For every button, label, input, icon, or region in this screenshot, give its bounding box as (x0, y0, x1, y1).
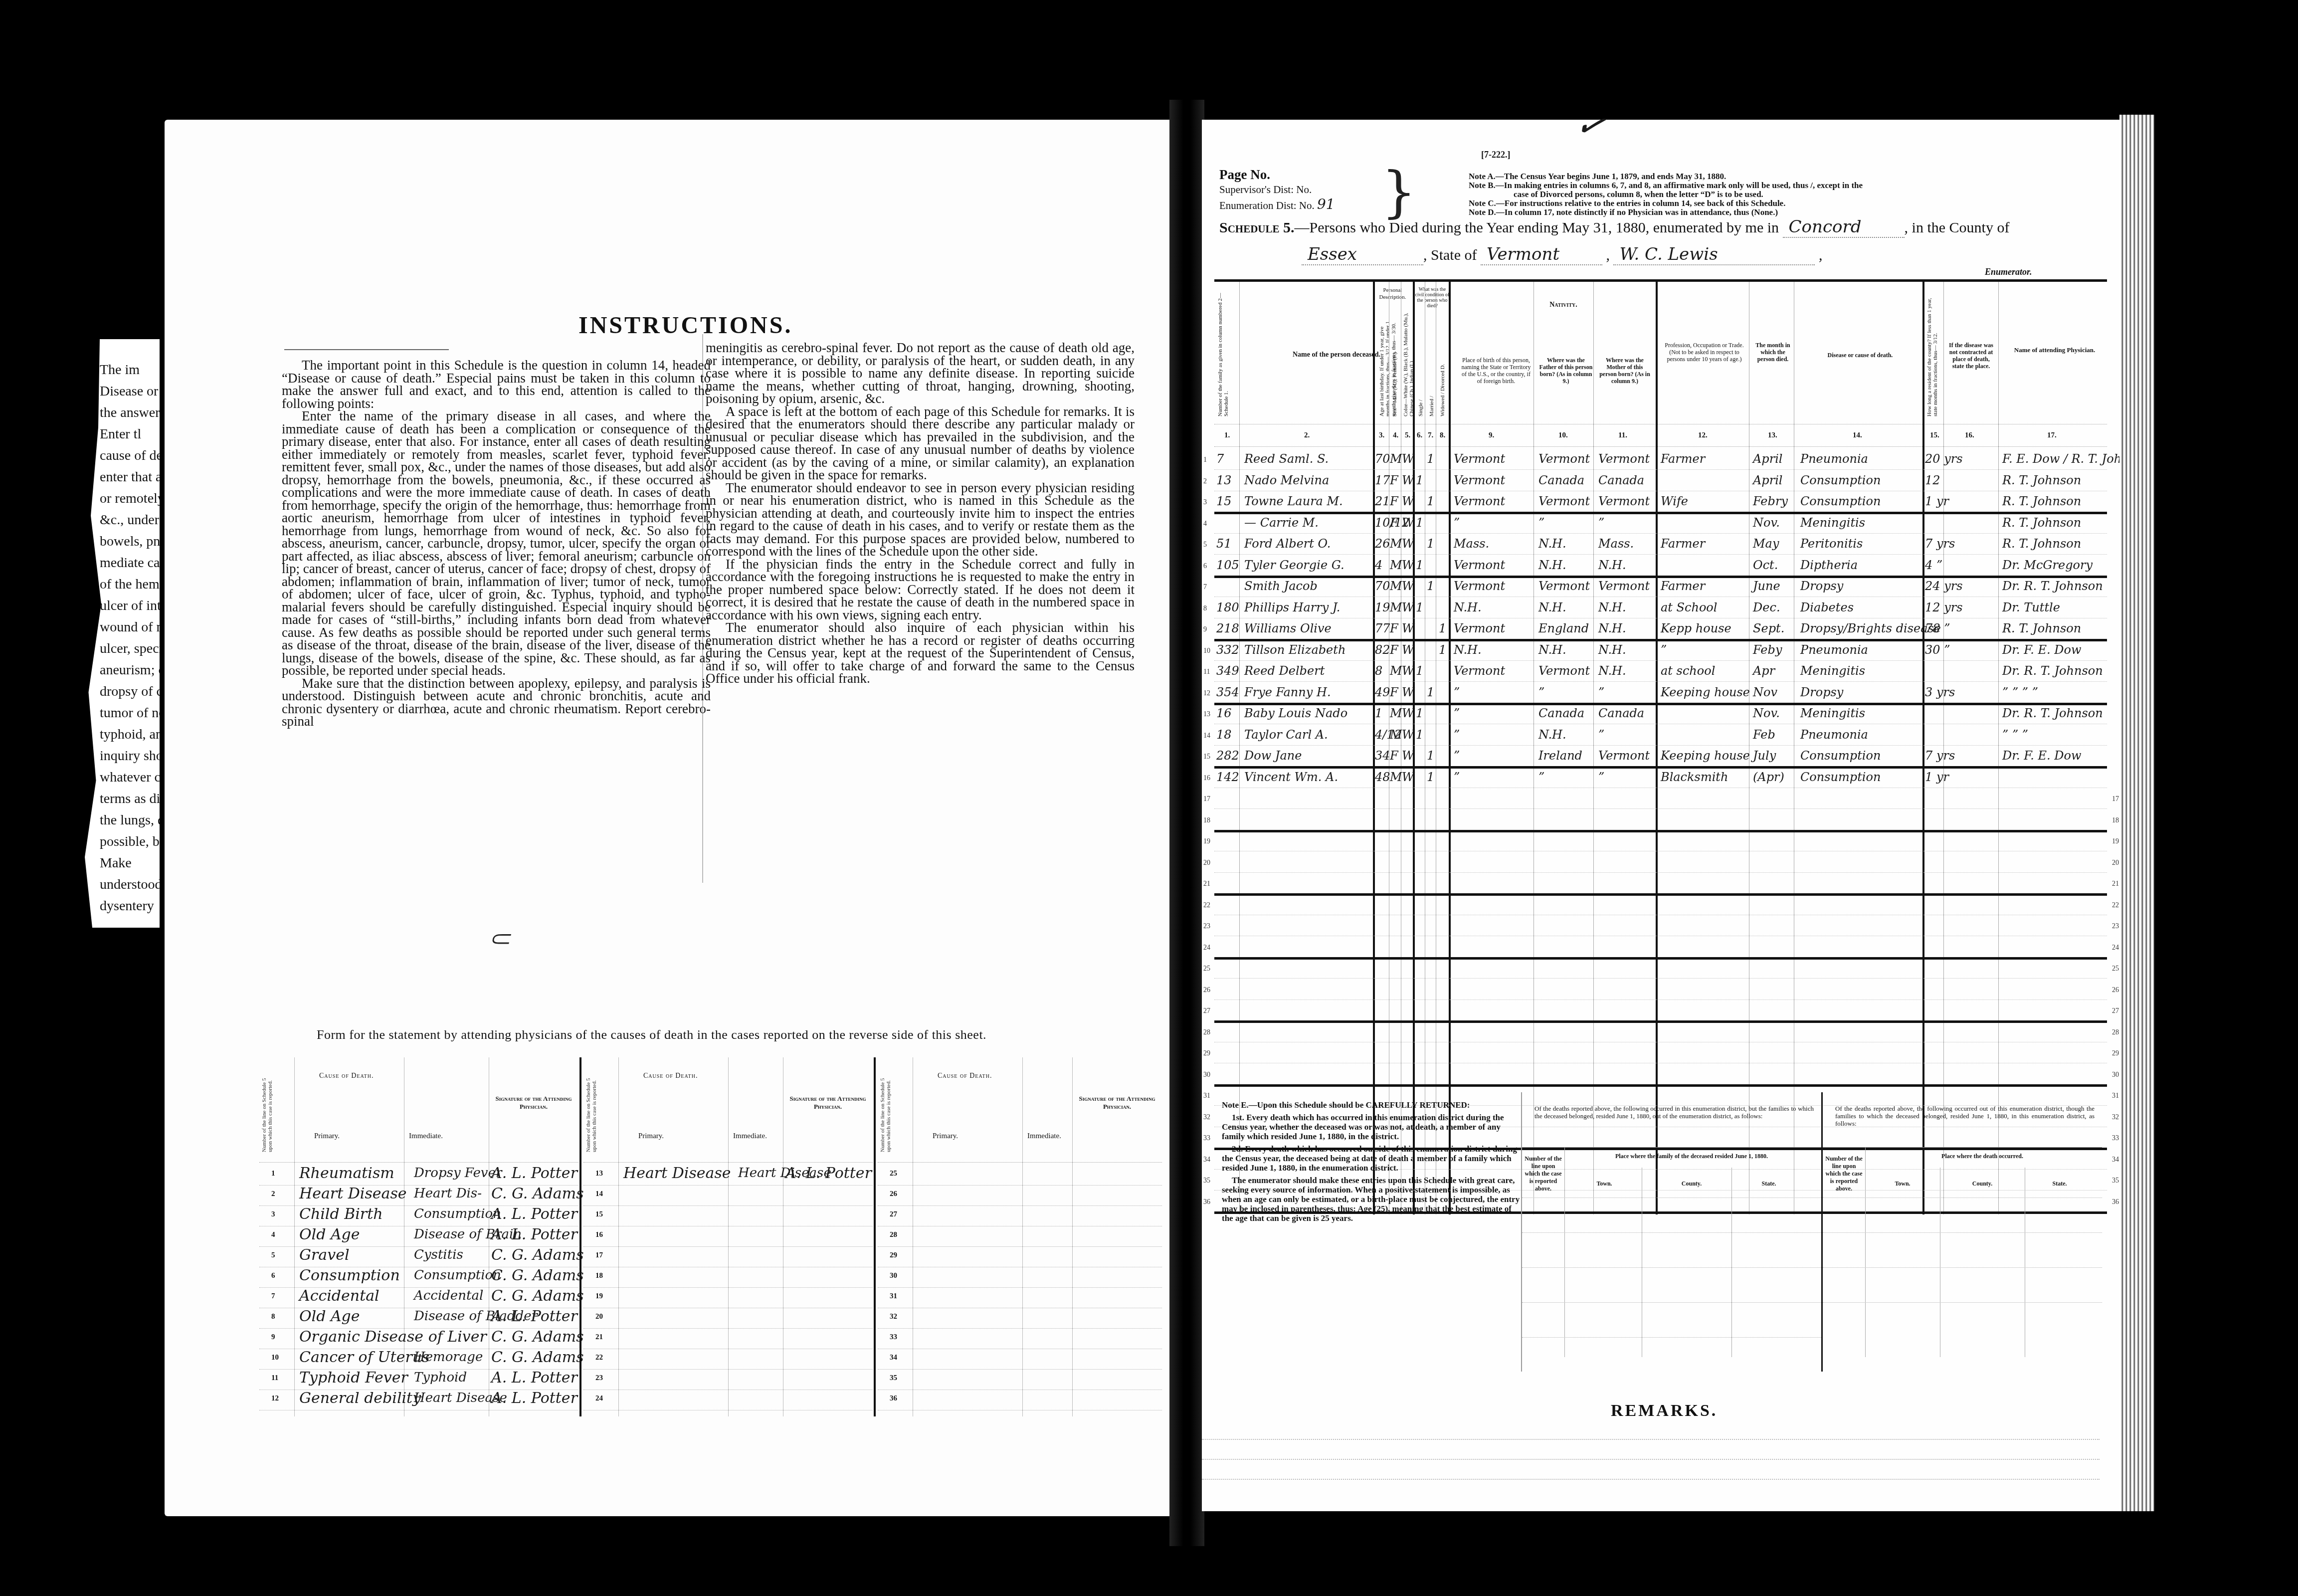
header-rule (1214, 424, 2107, 424)
residence-duration: 4 ” (1925, 558, 1942, 572)
father-birthplace: N.H. (1538, 728, 1566, 742)
married-mark: 1 (1427, 685, 1434, 699)
line-number-right: 17 (2112, 796, 2119, 803)
line-number: 33 (890, 1333, 897, 1342)
sex: F (1390, 749, 1398, 763)
line-number: 31 (1203, 1092, 1210, 1100)
primary-cause: Accidental (299, 1287, 380, 1305)
line-number: 34 (890, 1354, 897, 1362)
fragment-line: wound of ne (100, 616, 160, 638)
instruction-paragraph: Make sure that the distinction between a… (282, 677, 711, 728)
father-birthplace: N.H. (1538, 643, 1566, 657)
signature-header: Signature of the Attending Physician. (494, 1095, 574, 1111)
age: 34 (1375, 749, 1390, 763)
line-number: 34 (1203, 1156, 1210, 1164)
family-number: 7 (1216, 452, 1224, 466)
physician-form-row: 4Old AgeDisease of BrainA. L. Potter (259, 1226, 578, 1247)
immediate-header: Immediate. (733, 1132, 767, 1141)
attending-physician: Dr. R. T. Johnson (2002, 579, 2103, 593)
fragment-line: ulcer of int (100, 595, 160, 616)
physician-form-row: 15 (583, 1205, 873, 1226)
line-number: 19 (595, 1292, 603, 1301)
column-number: 16. (1965, 431, 1974, 440)
father-birthplace: England (1538, 621, 1589, 635)
immediate-header: Immediate. (409, 1132, 443, 1141)
empty-record-row: 1818 (1214, 814, 2107, 832)
birthplace: ” (1454, 706, 1460, 720)
fragment-line: Enter tl (100, 423, 160, 445)
line-number: 27 (1203, 1007, 1210, 1015)
line-number: 35 (890, 1374, 897, 1383)
instruction-paragraph: The important point in this Schedule is … (282, 359, 711, 410)
immediate-cause: Consumption (414, 1206, 501, 1221)
death-record-row: 11349Reed Delbert8MW1VermontVermontN.H.a… (1214, 666, 2107, 682)
fragment-line: Disease or (100, 381, 160, 402)
family-number: 180 (1216, 600, 1239, 614)
note-e-guidance: The enumerator should make these entries… (1222, 1176, 1521, 1223)
sex: M (1390, 600, 1402, 614)
line-number: 13 (595, 1170, 603, 1178)
header-contracted-place: If the disease was not contracted at pla… (1947, 342, 1995, 370)
sex: F (1390, 494, 1398, 508)
header-color: Color—White (W.), Black (B.), Mulatto (M… (1403, 312, 1411, 416)
birthplace: ” (1454, 770, 1460, 784)
physician-form-row: 9Organic Disease of LiverC. G. Adams (259, 1328, 578, 1349)
color: W (1402, 621, 1414, 635)
deceased-name: Tillson Elizabeth (1244, 643, 1345, 657)
death-record-row: 7Smith Jacob70MW1VermontVermontVermontFa… (1214, 581, 2107, 597)
line-number-right: 29 (2112, 1050, 2119, 1058)
empty-record-row: 2121 (1214, 878, 2107, 896)
cause-of-death: Pneumonia (1800, 643, 1868, 657)
state-header: State. (2032, 1180, 2087, 1188)
line-number: 10 (271, 1354, 279, 1362)
occupation: Kepp house (1661, 621, 1731, 635)
primary-header: Primary. (314, 1132, 340, 1141)
note-e-title: Note E.—Upon this Schedule should be CAR… (1222, 1100, 1521, 1110)
rule (1522, 1197, 1821, 1198)
cause-of-death: Pneumonia (1800, 452, 1868, 466)
header-age: Age at last birthday. If under 1 year, g… (1379, 312, 1388, 416)
age: 77 (1375, 621, 1390, 635)
line-number: 6 (1203, 563, 1207, 571)
attending-physician: R. T. Johnson (2002, 473, 2081, 487)
deceased-name: Tyler Georgie G. (1244, 558, 1344, 572)
cause-of-death: Dropsy/Brights disease (1800, 621, 1941, 635)
line-number: 22 (1203, 902, 1210, 910)
line-number: 28 (1203, 1029, 1210, 1037)
father-birthplace: N.H. (1538, 558, 1566, 572)
place-table: Number of the line upon which the case i… (1823, 1147, 2102, 1357)
primary-cause: Consumption (299, 1267, 400, 1284)
note-e-second: 2d. Every death which has occurred outsi… (1222, 1144, 1521, 1173)
month-of-death: Sept. (1753, 621, 1784, 635)
color: W (1402, 643, 1414, 657)
physician-form-row: 5GravelCystitisC. G. Adams (259, 1246, 578, 1267)
instructions-column-1: The important point in this Schedule is … (282, 359, 711, 728)
line-number: 35 (1203, 1177, 1210, 1185)
month-of-death: Apr (1753, 664, 1775, 678)
line-number: 19 (1203, 838, 1210, 846)
line-number: 29 (1203, 1050, 1210, 1058)
county-field: Essex (1302, 244, 1423, 265)
divider (2025, 1168, 2025, 1357)
month-of-death: June (1753, 579, 1780, 593)
column-number: 9. (1489, 431, 1494, 440)
book-spine (1169, 100, 1204, 1546)
line-number-header: Number of the line upon which the case i… (1525, 1155, 1562, 1193)
month-of-death: Nov. (1753, 516, 1780, 530)
physician-signature: A. L. Potter (491, 1205, 577, 1223)
birthplace: ” (1454, 685, 1460, 699)
rule (1522, 1337, 1821, 1338)
fragment-line: the lungs, d (100, 809, 160, 831)
rule (1522, 1267, 1821, 1268)
month-of-death: April (1753, 473, 1783, 487)
cause-of-death: Diabetes (1800, 600, 1854, 614)
single-mark: 1 (1416, 558, 1423, 572)
fragment-line: ulcer, specify (100, 638, 160, 659)
deceased-name: — Carrie M. (1244, 516, 1319, 530)
physician-form-block: Number of the line on Schedule 5 upon wh… (878, 1057, 1162, 1416)
attending-physician: R. T. Johnson (2002, 494, 2081, 508)
empty-record-row: 1717 (1214, 793, 2107, 809)
signature-header: Signature of the Attending Physician. (788, 1095, 868, 1111)
cause-of-death-header: Cause of Death. (319, 1072, 374, 1080)
line-number: 9 (1203, 626, 1207, 634)
cause-of-death: Dropsy (1800, 685, 1843, 699)
death-record-row: 9218Williams Olive77FW1VermontEnglandN.H… (1214, 623, 2107, 641)
attending-physician: Dr. R. T. Johnson (2002, 706, 2103, 720)
line-number-right: 25 (2112, 965, 2119, 973)
single-mark: 1 (1416, 728, 1423, 742)
color: W (1402, 685, 1414, 699)
sex: M (1390, 664, 1402, 678)
married-mark: 1 (1427, 770, 1434, 784)
month-of-death: Dec. (1753, 600, 1780, 614)
physician-signature: A. L. Potter (491, 1165, 577, 1182)
age: 17 (1375, 473, 1390, 487)
death-record-row: 4— Carrie M.10/12FW1”””Nov.MeningitisR. … (1214, 518, 2107, 534)
birthplace: Vermont (1454, 494, 1505, 508)
residence-duration: 1 yr (1925, 494, 1949, 508)
physician-signature: A. L. Potter (785, 1165, 872, 1182)
sex: M (1390, 706, 1402, 720)
birthplace: Vermont (1454, 664, 1505, 678)
town-header: Town. (1873, 1180, 1932, 1188)
line-number-right: 35 (2112, 1177, 2119, 1185)
occupation: Farmer (1661, 452, 1705, 466)
single-mark: 1 (1416, 516, 1423, 530)
physician-form-title: Form for the statement by attending phys… (317, 1027, 986, 1042)
month-of-death: May (1753, 537, 1779, 551)
mother-birthplace: ” (1598, 728, 1604, 742)
physician-form-row: 36 (878, 1390, 1162, 1410)
primary-header: Primary. (638, 1132, 664, 1141)
divider (1865, 1148, 1866, 1357)
line-number: 11 (271, 1374, 278, 1383)
age: 1 (1375, 706, 1382, 720)
schedule-description: —Persons who Died during the Year ending… (1295, 219, 1779, 236)
primary-header: Primary. (933, 1132, 958, 1141)
residence-duration: 12 yrs (1925, 600, 1963, 614)
physician-form-row: 27 (878, 1205, 1162, 1226)
color: W (1402, 728, 1414, 742)
color: W (1402, 579, 1414, 593)
fragment-line: the answer fi (100, 402, 160, 423)
instructions-column-2: meningitis as cerebro-spinal fever. Do n… (706, 342, 1135, 685)
empty-record-row: 2929 (1214, 1047, 2107, 1063)
physician-form-row: 22 (583, 1349, 873, 1370)
primary-cause: Heart Disease (299, 1185, 407, 1202)
remarks-line (1202, 1439, 2100, 1440)
schedule-heading-line-2: Essex, State of Vermont , W. C. Lewis , (1302, 244, 1822, 265)
death-record-row: 315Towne Laura M.21FW1VermontVermontVerm… (1214, 496, 2107, 514)
birthplace: ” (1454, 749, 1460, 763)
cause-of-death-header: Cause of Death. (938, 1072, 992, 1080)
month-of-death: Nov. (1753, 706, 1780, 720)
line-number: 7 (271, 1292, 275, 1301)
birthplace: Vermont (1454, 579, 1505, 593)
instruction-paragraph: The enumerator should endeavor to see in… (706, 482, 1135, 558)
physician-form-row: 25 (878, 1165, 1162, 1186)
enumerator-name-field: W. C. Lewis (1613, 244, 1815, 265)
immediate-cause: Hemorage (414, 1350, 483, 1365)
birthplace: Vermont (1454, 452, 1505, 466)
note-b: Note B.—In making entries in columns 6, … (1469, 181, 1863, 190)
death-record-row: 17Reed Saml. S.70MW1VermontVermontVermon… (1214, 454, 2107, 470)
physician-signature: A. L. Potter (491, 1369, 577, 1387)
line-number: 30 (1203, 1071, 1210, 1079)
header-rule (1214, 446, 2107, 447)
deceased-name: Phillips Harry J. (1244, 600, 1340, 614)
physician-form-row: 14 (583, 1185, 873, 1206)
empty-record-row: 2323 (1214, 920, 2107, 936)
fragment-line: aneurism; c (100, 659, 160, 681)
primary-cause: Cancer of Uterus (299, 1349, 429, 1366)
empty-record-row: 2828 (1214, 1026, 2107, 1042)
physician-form-row: 16 (583, 1226, 873, 1247)
primary-cause: Gravel (299, 1246, 350, 1264)
column-number: 3. (1379, 431, 1384, 440)
header-occupation: Profession, Occupation or Trade. (Not to… (1663, 342, 1745, 363)
month-of-death: Feby (1753, 643, 1782, 657)
instruction-paragraph: meningitis as cerebro-spinal fever. Do n… (706, 342, 1135, 405)
primary-cause: Rheumatism (299, 1165, 394, 1182)
divider (1731, 1168, 1732, 1357)
physician-form-row: 33 (878, 1328, 1162, 1349)
married-mark: 1 (1427, 537, 1434, 551)
physician-form-row: 11Typhoid FeverTyphoidA. L. Potter (259, 1369, 578, 1390)
line-number-right: 22 (2112, 902, 2119, 910)
physician-signature: A. L. Potter (491, 1226, 577, 1243)
cause-of-death: Diptheria (1800, 558, 1858, 572)
line-number: 11 (1203, 668, 1210, 676)
residence-duration: 78 ” (1925, 621, 1950, 635)
deceased-name: Baby Louis Nado (1244, 706, 1347, 720)
physician-form-row: 34 (878, 1349, 1162, 1370)
death-record-row: 6105Tyler Georgie G.4MW1VermontN.H.N.H.O… (1214, 560, 2107, 578)
line-number: 14 (595, 1190, 603, 1198)
divider (1564, 1148, 1565, 1357)
cause-of-death: Consumption (1800, 749, 1881, 763)
state-header: State. (1741, 1180, 1796, 1188)
line-number-right: 20 (2112, 859, 2119, 867)
deceased-name: Dow Jane (1244, 749, 1302, 763)
column-number: 14. (1853, 431, 1862, 440)
physician-form-row: 3Child BirthConsumptionA. L. Potter (259, 1205, 578, 1226)
immediate-cause: Heart Dis- (414, 1186, 482, 1201)
line-number: 33 (1203, 1135, 1210, 1143)
primary-cause: General debility (299, 1390, 421, 1407)
sex: F (1390, 516, 1398, 530)
line-number-right: 19 (2112, 838, 2119, 846)
family-number: 218 (1216, 621, 1239, 635)
physician-signature: A. L. Potter (491, 1390, 577, 1407)
signature-header: Signature of the Attending Physician. (1077, 1095, 1157, 1111)
line-number-right: 30 (2112, 1071, 2119, 1079)
instruction-paragraph: The enumerator should also inquire of ea… (706, 621, 1135, 685)
color: W (1402, 600, 1414, 614)
rule (1823, 1197, 2102, 1198)
physician-form-row: 30 (878, 1267, 1162, 1288)
form-number: [7-222.] (1481, 150, 1510, 160)
month-of-death: (Apr) (1753, 770, 1784, 784)
physician-signature: C. G. Adams (491, 1328, 584, 1346)
immediate-cause: Accidental (414, 1288, 483, 1303)
death-record-row: 1418Taylor Carl A.4/12MW1”N.H.”FebPneumo… (1214, 730, 2107, 746)
divider (1642, 1168, 1642, 1357)
line-number: 36 (890, 1395, 897, 1403)
note-e-first: 1st. Every death which has occurred in t… (1222, 1113, 1521, 1141)
father-birthplace: N.H. (1538, 537, 1566, 551)
state-field: Vermont (1481, 244, 1602, 265)
place-header: Place where the death occurred. (1868, 1153, 2097, 1160)
place-header: Place where the family of the deceased r… (1567, 1153, 1816, 1160)
fragment-line: understood. (100, 874, 160, 895)
cause-of-death: Meningitis (1800, 516, 1865, 530)
line-number: 13 (1203, 711, 1210, 719)
father-birthplace: Ireland (1538, 749, 1582, 763)
column-number: 2. (1304, 431, 1310, 440)
physician-signature: C. G. Adams (491, 1267, 584, 1284)
column-number: 11. (1618, 431, 1627, 440)
line-number: 1 (1203, 456, 1207, 464)
mother-birthplace: N.H. (1598, 600, 1626, 614)
mother-birthplace: Vermont (1598, 579, 1650, 593)
death-record-row: 10332Tillson Elizabeth82FW1N.H.N.H.N.H.”… (1214, 645, 2107, 661)
line-number: 4 (1203, 520, 1207, 528)
header-nativity: Nativity. (1454, 302, 1673, 309)
mother-birthplace: Canada (1598, 473, 1644, 487)
line-number-right: 18 (2112, 817, 2119, 825)
header-personal-description: Personal Description. (1374, 287, 1411, 301)
color: W (1402, 749, 1414, 763)
death-record-row: 551Ford Albert O.26MW1Mass.N.H.Mass.Farm… (1214, 539, 2107, 555)
enumerator-label: Enumerator. (1985, 267, 2032, 277)
attending-physician: Dr. F. E. Dow (2002, 749, 2082, 763)
header-physician: Name of attending Physician. (2002, 347, 2107, 354)
physician-signature: C. G. Adams (491, 1185, 584, 1202)
birthplace: N.H. (1454, 600, 1482, 614)
physician-form-row: 28 (878, 1226, 1162, 1247)
line-number: 1 (271, 1170, 275, 1178)
line-number: 17 (595, 1251, 603, 1260)
physician-signature: C. G. Adams (491, 1287, 584, 1305)
table-intro: Of the deaths reported above, the follow… (1534, 1105, 1814, 1120)
deceased-name: Williams Olive (1244, 621, 1332, 635)
cause-of-death: Meningitis (1800, 706, 1865, 720)
empty-record-row: 2020 (1214, 857, 2107, 873)
color: W (1402, 473, 1414, 487)
deceased-name: Taylor Carl A. (1244, 728, 1328, 742)
line-number-right: 24 (2112, 944, 2119, 952)
residence-duration: 20 yrs (1925, 452, 1963, 466)
line-number-right: 28 (2112, 1029, 2119, 1037)
line-number: 6 (271, 1272, 275, 1280)
empty-record-row: 2222 (1214, 899, 2107, 915)
fragment-line: mediate cau (100, 552, 160, 574)
form-header: Number of the line on Schedule 5 upon wh… (878, 1057, 1162, 1163)
primary-cause: Old Age (299, 1308, 360, 1325)
birthplace: Vermont (1454, 473, 1505, 487)
physician-form-row: 20 (583, 1308, 873, 1329)
line-number: 3 (1203, 499, 1207, 507)
line-number: 25 (1203, 965, 1210, 973)
line-number: 23 (1203, 923, 1210, 931)
mother-birthplace: Vermont (1598, 494, 1650, 508)
single-mark: 1 (1416, 706, 1423, 720)
fragment-line: possible, be (100, 831, 160, 852)
schedule-heading: Schedule 5.—Persons who Died during the … (1219, 217, 2009, 238)
attending-physician: Dr. Tuttle (2002, 600, 2060, 614)
age: 48 (1375, 770, 1390, 784)
line-number: 7 (1203, 584, 1207, 592)
primary-cause: Typhoid Fever (299, 1369, 408, 1387)
line-number: 20 (595, 1313, 603, 1321)
cause-of-death: Consumption (1800, 770, 1881, 784)
header-disease: Disease or cause of death. (1798, 352, 1922, 359)
line-number: 23 (595, 1374, 603, 1383)
cause-of-death-header: Cause of Death. (643, 1072, 698, 1080)
color: W (1402, 537, 1414, 551)
line-number: 24 (595, 1395, 603, 1403)
residence-duration: 30 ” (1925, 643, 1950, 657)
color: W (1402, 452, 1414, 466)
fragment-line: terms as di (100, 788, 160, 809)
immediate-cause: Consumption (414, 1268, 501, 1283)
deceased-name: Nado Melvina (1244, 473, 1329, 487)
physician-form-row: 6ConsumptionConsumptionC. G. Adams (259, 1267, 578, 1288)
attending-physician: R. T. Johnson (2002, 537, 2081, 551)
father-birthplace: Canada (1538, 706, 1584, 720)
physician-form-row: 12General debilityHeart DiseaseA. L. Pot… (259, 1390, 578, 1410)
line-number: 32 (890, 1313, 897, 1321)
column-number: 12. (1698, 431, 1708, 440)
death-record-row: 1316Baby Louis Nado1MW1”CanadaCanadaNov.… (1214, 708, 2107, 724)
residence-duration: 7 yrs (1925, 749, 1955, 763)
cause-of-death: Meningitis (1800, 664, 1865, 678)
physician-form-row: 10Cancer of UterusHemorageC. G. Adams (259, 1349, 578, 1370)
schedule-notes: Note A.—The Census Year begins June 1, 1… (1469, 172, 1863, 217)
note-a: Note A.—The Census Year begins June 1, 1… (1469, 172, 1863, 181)
header-sex: Sex—Male (M.), Female (F.) (1392, 352, 1399, 416)
torn-previous-page-fragment: The imDisease orthe answer fiEnter tlcau… (85, 339, 160, 928)
column-number: 10. (1558, 431, 1568, 440)
fragment-line: enter that al (100, 466, 160, 488)
header-widowed-divorced: Widowed / Divorced D. (1440, 337, 1446, 416)
primary-cause: Organic Disease of Liver (299, 1328, 487, 1346)
